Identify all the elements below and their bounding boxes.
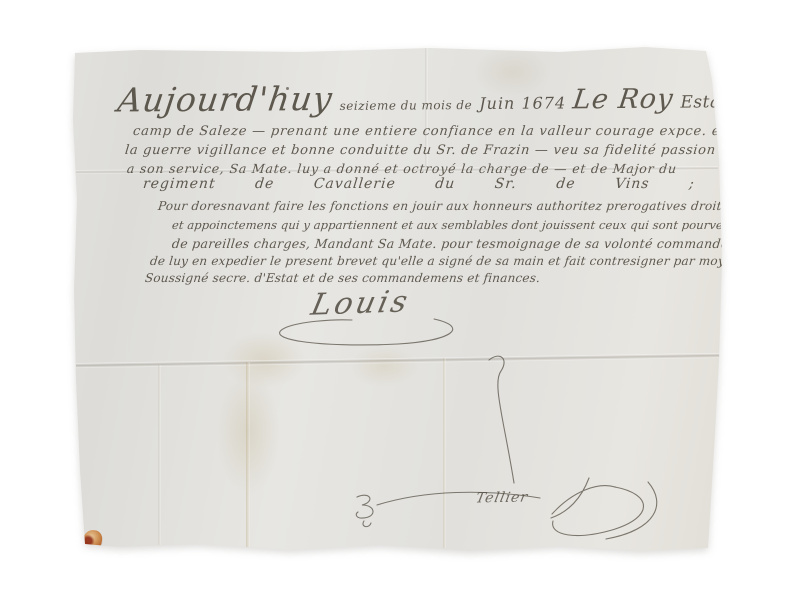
manuscript-line: Pour doresnavant faire les fonctions en … [157,199,729,213]
wax-seal [82,529,104,551]
vertical-crease [158,365,161,545]
manuscript-line: de luy en expedier le present brevet qu'… [149,254,725,268]
manuscript-opening-line: Aujourd'huy seizieme du mois de Juin 167… [118,76,800,120]
king-reference: Le Roy [571,84,675,116]
vertical-crease [443,358,446,548]
countersignature-sweep-flourish [553,482,657,539]
photo-background: Aujourd'huy seizieme du mois de Juin 167… [0,0,800,600]
parchment-document: Aujourd'huy seizieme du mois de Juin 167… [0,0,800,600]
document-date: Juin 1674 [479,93,566,113]
manuscript-line: la guerre vigillance et bonne conduitte … [124,143,735,158]
manuscript-line: et appoinctemens qui y appartiennent et … [171,218,737,232]
manuscript-line: regiment de Cavallerie du Sr. de Vins ; [142,176,695,192]
royal-signature: Louis [308,284,414,322]
countersignature-paraph [356,495,373,526]
vertical-crease [246,362,250,548]
manuscript-line: camp de Saleze — prenant une entiere con… [132,124,730,139]
signature-flourish-loop [280,319,453,345]
opening-word: Aujourd'huy [115,79,335,120]
manuscript-line: Soussigné secre. d'Estat et de ses comma… [144,271,541,285]
descending-pen-stroke [489,356,514,483]
countersignature-cross-flourish [551,478,615,518]
parchment-wrapper: Aujourd'huy seizieme du mois de Juin 167… [0,0,800,600]
countersignature: Tellier [474,490,529,507]
date-phrase: seizieme du mois de [340,98,473,113]
opening-line-tail: Estant à ———— [680,92,800,113]
horizontal-fold-line [76,353,722,368]
manuscript-line: a son service, Sa Mate. luy a donné et o… [126,161,677,176]
manuscript-line: de pareilles charges, Mandant Sa Mate. p… [171,236,749,251]
